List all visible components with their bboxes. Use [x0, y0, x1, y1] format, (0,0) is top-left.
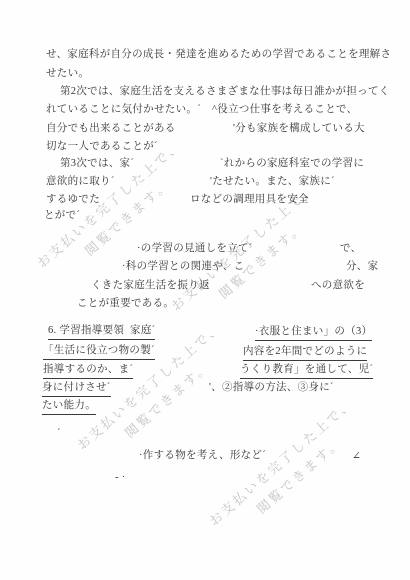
- text-line: ロなどの調理用具を安全: [190, 194, 309, 206]
- text-line: - ·: [115, 472, 126, 484]
- text-line: `れからの家庭科室での学習に: [220, 158, 364, 170]
- text-line: うくり教育」を通して、児´: [240, 364, 373, 379]
- text-line: ·衣服と住まい」の（3）: [255, 326, 372, 341]
- text-line: 身に付けさせ´: [42, 382, 111, 397]
- text-line: 第2次では、家庭生活を支えるさまざまな仕事は毎日誰かが担ってく: [60, 86, 390, 98]
- text-line: せたい。: [46, 68, 89, 80]
- text-line: 意欲的に取り´: [46, 176, 115, 188]
- text-line: ^役立つ仕事を考えることで、: [212, 104, 357, 116]
- text-line: するゆでた: [46, 194, 100, 206]
- text-line: ·作する物を考え、形など´: [139, 450, 266, 462]
- text-line: '、②指導の方法、③身に´: [209, 382, 334, 394]
- text-line: への意欲を: [311, 280, 365, 292]
- text-line: で、: [340, 243, 361, 255]
- text-line: ´: [57, 428, 61, 440]
- text-line: 'たせたい。また、家族に´: [210, 176, 335, 188]
- text-line: たい能力。: [42, 400, 96, 415]
- text-line: 「生活に役立つ物の製´: [43, 345, 155, 360]
- text-line: 切な一人であることが´: [46, 141, 158, 153]
- payment-watermark: お支払いを完了した上で、閲覧できます。: [204, 374, 396, 550]
- text-line: 指導するのか、ま´: [43, 364, 133, 379]
- text-line: ·の学習の見通しを立て´: [137, 243, 253, 255]
- text-line: 6. 学習指導要領 家庭´: [48, 325, 155, 340]
- text-line: くきた家庭生活を振り返: [91, 280, 210, 292]
- text-line: れていることに気付かせたい。´: [46, 104, 201, 116]
- text-line: 第3次では、家´: [60, 158, 134, 170]
- text-line: せ、家庭科が自分の成長・発達を進めるための学習であることを理解さ: [46, 49, 391, 61]
- text-line: ことが重要である。: [77, 298, 174, 310]
- text-line: '分も家族を構成している大: [233, 123, 365, 135]
- watermark-text-line2: 閲覧できます。: [219, 391, 396, 549]
- text-line: 分、家: [346, 261, 378, 273]
- text-line: ·科の学習との関連や、こ: [122, 261, 244, 273]
- text-line: ∠: [352, 451, 361, 463]
- document-page: お支払いを完了した上で、閲覧できます。お支払いを完了した上で、閲覧できます。お支…: [0, 0, 410, 580]
- text-line: 内容を2年間でどのように: [243, 346, 367, 361]
- text-line: とがで´: [44, 210, 80, 222]
- text-line: 自分でも出来ることがある: [46, 123, 176, 135]
